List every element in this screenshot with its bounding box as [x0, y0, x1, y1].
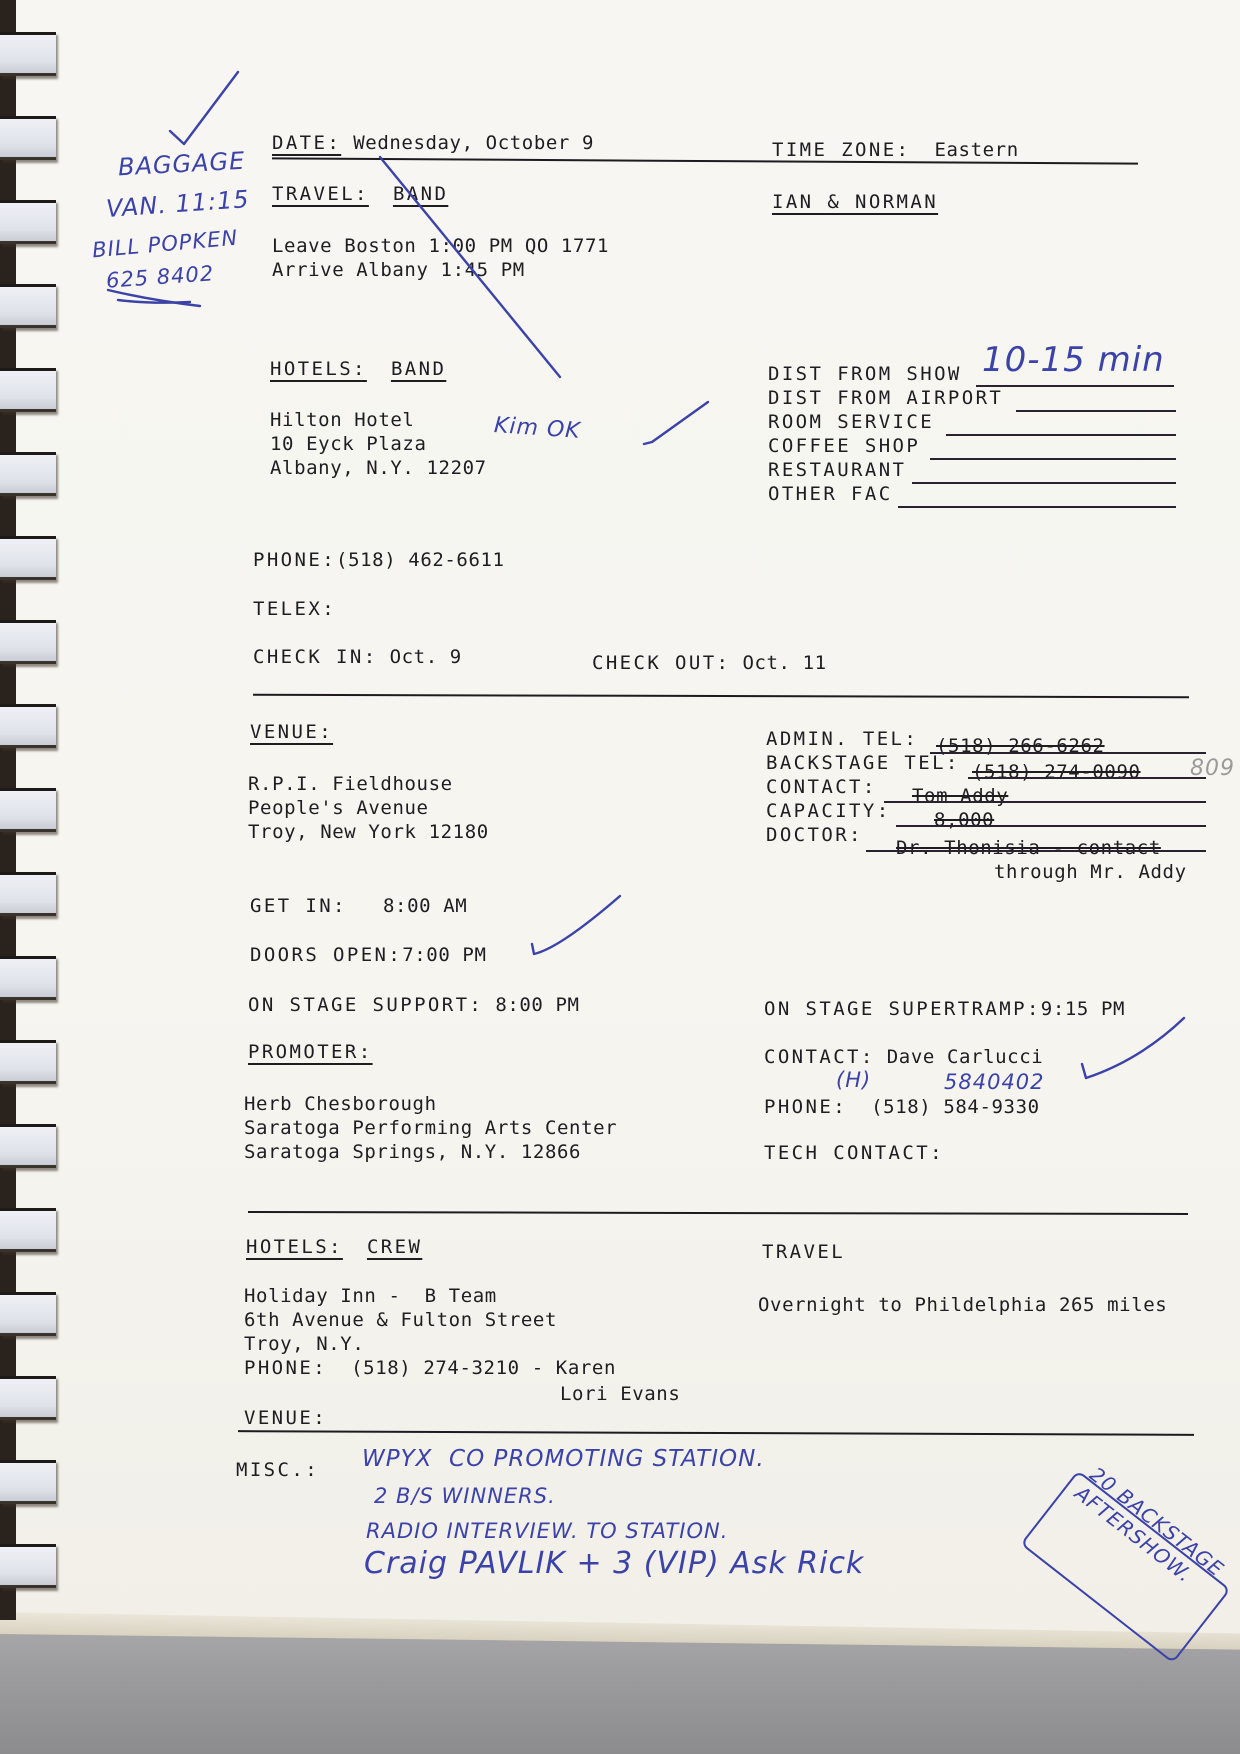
timezone-value: Eastern: [934, 139, 1018, 161]
doors-open-field: DOORS OPEN:7:00 PM: [250, 943, 487, 967]
travel-line: Arrive Albany 1:45 PM: [272, 258, 525, 282]
date-field: DATE: Wednesday, October 9: [272, 131, 594, 155]
home-phone-note: (H): [836, 1068, 871, 1092]
crew-hotel-line: 6th Avenue & Fulton Street: [244, 1308, 557, 1332]
binding-ring: [0, 1544, 56, 1588]
hotel-phone-label: PHONE:: [253, 549, 336, 571]
misc-note: WPYX CO PROMOTING STATION.: [362, 1446, 765, 1472]
hotels-group: BAND: [391, 358, 446, 380]
venue-address-line: People's Avenue: [248, 796, 429, 820]
crew-phone-contact2: Lori Evans: [560, 1382, 680, 1406]
headliner-label: ON STAGE SUPERTRAMP:: [764, 998, 1041, 1020]
crew-venue-label: VENUE:: [244, 1406, 327, 1430]
facility-label: DIST FROM AIRPORT: [768, 386, 1003, 410]
hotels-crew-group: CREW: [367, 1236, 422, 1258]
promoter-address-line: Saratoga Performing Arts Center: [244, 1116, 617, 1140]
date-label: DATE:: [272, 132, 341, 154]
promoter-phone-value: (518) 584-9330: [871, 1096, 1040, 1118]
doors-open-value: 7:00 PM: [402, 944, 486, 966]
crew-phone-label: PHONE:: [244, 1357, 327, 1379]
misc-note: Craig PAVLIK + 3 (VIP) Ask Rick: [364, 1546, 864, 1581]
venue-contact-label: CONTACT:: [766, 775, 877, 799]
promoter-address-line: Herb Chesborough: [244, 1092, 437, 1116]
binding-ring: [0, 788, 56, 832]
binding-ring: [0, 1124, 56, 1168]
hotels-band-heading: HOTELS: BAND: [270, 357, 446, 381]
hotel-phone: PHONE:(518) 462-6611: [253, 548, 505, 572]
backstage-pencil-note: 809: [1190, 756, 1235, 781]
binding-ring: [0, 452, 56, 496]
facility-blank: [930, 458, 1176, 460]
backstage-tel-value: (518) 274-0090: [972, 760, 1141, 784]
admin-tel-label: ADMIN. TEL:: [766, 727, 918, 751]
venue-address-line: Troy, New York 12180: [248, 820, 489, 844]
hotel-address-line: 10 Eyck Plaza: [270, 432, 427, 456]
binding-ring: [0, 1208, 56, 1252]
backstage-tel-blank: [968, 777, 1206, 779]
binding-ring: [0, 620, 56, 664]
headliner-field: ON STAGE SUPERTRAMP:9:15 PM: [764, 997, 1125, 1021]
facility-blank: [912, 482, 1176, 484]
hotels-crew-label: HOTELS:: [246, 1236, 343, 1258]
binding-ring: [0, 872, 56, 916]
dist-from-show-handwritten: 10-15 min: [982, 340, 1165, 380]
binding-ring: [0, 1376, 56, 1420]
binding-ring: [0, 704, 56, 748]
travel-group: BAND: [393, 183, 448, 205]
facility-blank: [946, 434, 1176, 436]
venue-contact-value: Tom Addy: [912, 784, 1008, 808]
crew-phone-field: PHONE: (518) 274-3210 - Karen: [244, 1356, 616, 1380]
hotel-phone-value: (518) 462-6611: [336, 549, 505, 571]
check-in-value: Oct. 9: [390, 646, 462, 668]
get-in-field: GET IN: 8:00 AM: [250, 894, 467, 918]
headliner-value: 9:15 PM: [1041, 998, 1125, 1020]
binding-ring: [0, 1040, 56, 1084]
travel-next-label: TRAVEL: [762, 1240, 845, 1264]
get-in-value: 8:00 AM: [383, 895, 467, 917]
hotel-address-line: Hilton Hotel: [270, 408, 414, 432]
promoter-contact-value: Dave Carlucci: [887, 1046, 1044, 1068]
doctor-value: Dr. Thonisia - contact: [896, 836, 1161, 860]
crew-hotel-line: Holiday Inn - B Team: [244, 1284, 497, 1308]
misc-note: RADIO INTERVIEW. TO STATION.: [366, 1519, 728, 1543]
doctor-note: through Mr. Addy: [994, 860, 1187, 884]
doors-open-label: DOORS OPEN:: [250, 944, 402, 966]
facility-blank: [976, 385, 1174, 387]
misc-note: 2 B/S WINNERS.: [374, 1484, 556, 1508]
doctor-label: DOCTOR:: [766, 823, 863, 847]
binding-ring: [0, 200, 56, 244]
get-in-label: GET IN:: [250, 895, 347, 917]
facility-blank: [1016, 410, 1176, 412]
check-out-label: CHECK OUT:: [592, 652, 730, 674]
promoter-label: PROMOTER:: [248, 1040, 373, 1064]
binding-ring: [0, 1460, 56, 1504]
admin-tel-value: (518) 266-6262: [936, 734, 1105, 758]
binding-ring: [0, 116, 56, 160]
binding-ring: [0, 32, 56, 76]
promoter-phone-label: PHONE:: [764, 1096, 847, 1118]
support-label: ON STAGE SUPPORT:: [248, 994, 483, 1016]
backstage-tel-label: BACKSTAGE TEL:: [766, 751, 960, 775]
hotel-telex-label: TELEX:: [253, 597, 336, 621]
travel-heading: TRAVEL: BAND: [272, 182, 448, 206]
background-table-surface: [0, 1630, 1240, 1754]
misc-label: MISC.:: [236, 1458, 319, 1482]
timezone-label: TIME ZONE:: [772, 139, 910, 161]
check-in-field: CHECK IN: Oct. 9: [253, 645, 462, 669]
capacity-blank: [896, 825, 1206, 827]
binding-ring: [0, 536, 56, 580]
promoter-contact-label: CONTACT:: [764, 1046, 875, 1068]
travel-line: Leave Boston 1:00 PM QO 1771: [272, 234, 609, 258]
tech-contact-label: TECH CONTACT:: [764, 1141, 944, 1165]
facility-blank: [898, 506, 1176, 508]
admin-tel-blank: [930, 752, 1206, 754]
travel-next-text: Overnight to Phildelphia 265 miles: [758, 1293, 1167, 1317]
crew-phone-value: (518) 274-3210 - Karen: [351, 1357, 616, 1379]
check-out-field: CHECK OUT: Oct. 11: [592, 651, 827, 675]
facility-label: RESTAURANT: [768, 458, 906, 482]
check-in-label: CHECK IN:: [253, 646, 378, 668]
venue-contact-blank: [884, 801, 1206, 803]
capacity-label: CAPACITY:: [766, 799, 891, 823]
facility-label: ROOM SERVICE: [768, 410, 934, 434]
venue-address-line: R.P.I. Fieldhouse: [248, 772, 453, 796]
timezone-field: TIME ZONE: Eastern: [772, 138, 1019, 162]
binding-ring: [0, 956, 56, 1000]
hotels-crew-heading: HOTELS: CREW: [246, 1235, 422, 1259]
date-value: Wednesday, October 9: [353, 132, 594, 154]
support-value: 8:00 PM: [495, 994, 579, 1016]
hotels-label: HOTELS:: [270, 358, 367, 380]
facility-label: OTHER FAC: [768, 482, 893, 506]
travel-label: TRAVEL:: [272, 183, 369, 205]
support-field: ON STAGE SUPPORT: 8:00 PM: [248, 993, 580, 1017]
promoter-address-line: Saratoga Springs, N.Y. 12866: [244, 1140, 581, 1164]
ian-norman-heading: IAN & NORMAN: [772, 190, 938, 214]
check-out-value: Oct. 11: [742, 652, 826, 674]
promoter-phone-field: PHONE: (518) 584-9330: [764, 1095, 1040, 1119]
hotel-address-line: Albany, N.Y. 12207: [270, 456, 487, 480]
binding-ring: [0, 1292, 56, 1336]
home-phone-handwritten: 5840402: [944, 1070, 1045, 1094]
promoter-contact-field: CONTACT: Dave Carlucci: [764, 1045, 1043, 1069]
crew-hotel-line: Troy, N.Y.: [244, 1332, 364, 1356]
capacity-value: 8,000: [934, 808, 994, 832]
venue-label: VENUE:: [250, 720, 333, 744]
facility-label: DIST FROM SHOW: [768, 362, 962, 386]
binding-ring: [0, 284, 56, 328]
doctor-blank: [866, 850, 1206, 852]
binding-ring: [0, 368, 56, 412]
facility-label: COFFEE SHOP: [768, 434, 920, 458]
